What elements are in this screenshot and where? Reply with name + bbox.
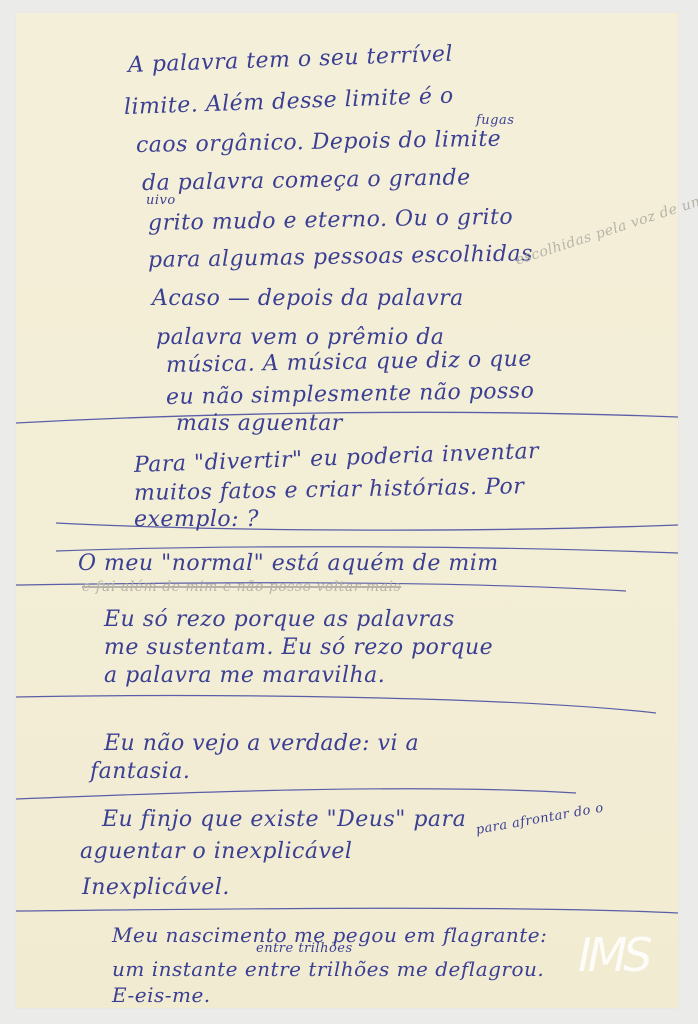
text-line: aguentar o inexplicável	[80, 839, 352, 864]
struck-line: e fui além de mim e não posso voltar mai…	[82, 579, 401, 595]
text-line: palavra vem o prêmio da	[156, 325, 444, 350]
text-line: fantasia.	[90, 759, 190, 784]
text-line: Acaso — depois da palavra	[152, 286, 464, 311]
insertion-text: uivo	[146, 193, 176, 208]
text-line: Eu só rezo porque as palavras	[104, 607, 455, 632]
text-line: Inexplicável.	[82, 875, 230, 900]
insertion-text: entre trilhões	[256, 941, 353, 956]
text-line: Eu não vejo a verdade: vi a	[104, 731, 419, 756]
text-line: me sustentam. Eu só rezo porque	[104, 635, 493, 660]
manuscript-page: A palavra tem o seu terrível limite. Alé…	[16, 13, 678, 1008]
ims-watermark-logo: IMS	[578, 928, 648, 982]
text-line: Eu finjo que existe "Deus" para	[102, 807, 466, 832]
text-line: O meu "normal" está aquém de mim	[78, 551, 499, 576]
text-line: a palavra me maravilha.	[104, 663, 385, 688]
text-line: mais aguentar	[176, 411, 343, 436]
text-line: um instante entre trilhões me deflagrou.	[112, 957, 544, 981]
text-line: E-eis-me.	[112, 983, 211, 1007]
text-line: exemplo: ?	[134, 507, 259, 532]
